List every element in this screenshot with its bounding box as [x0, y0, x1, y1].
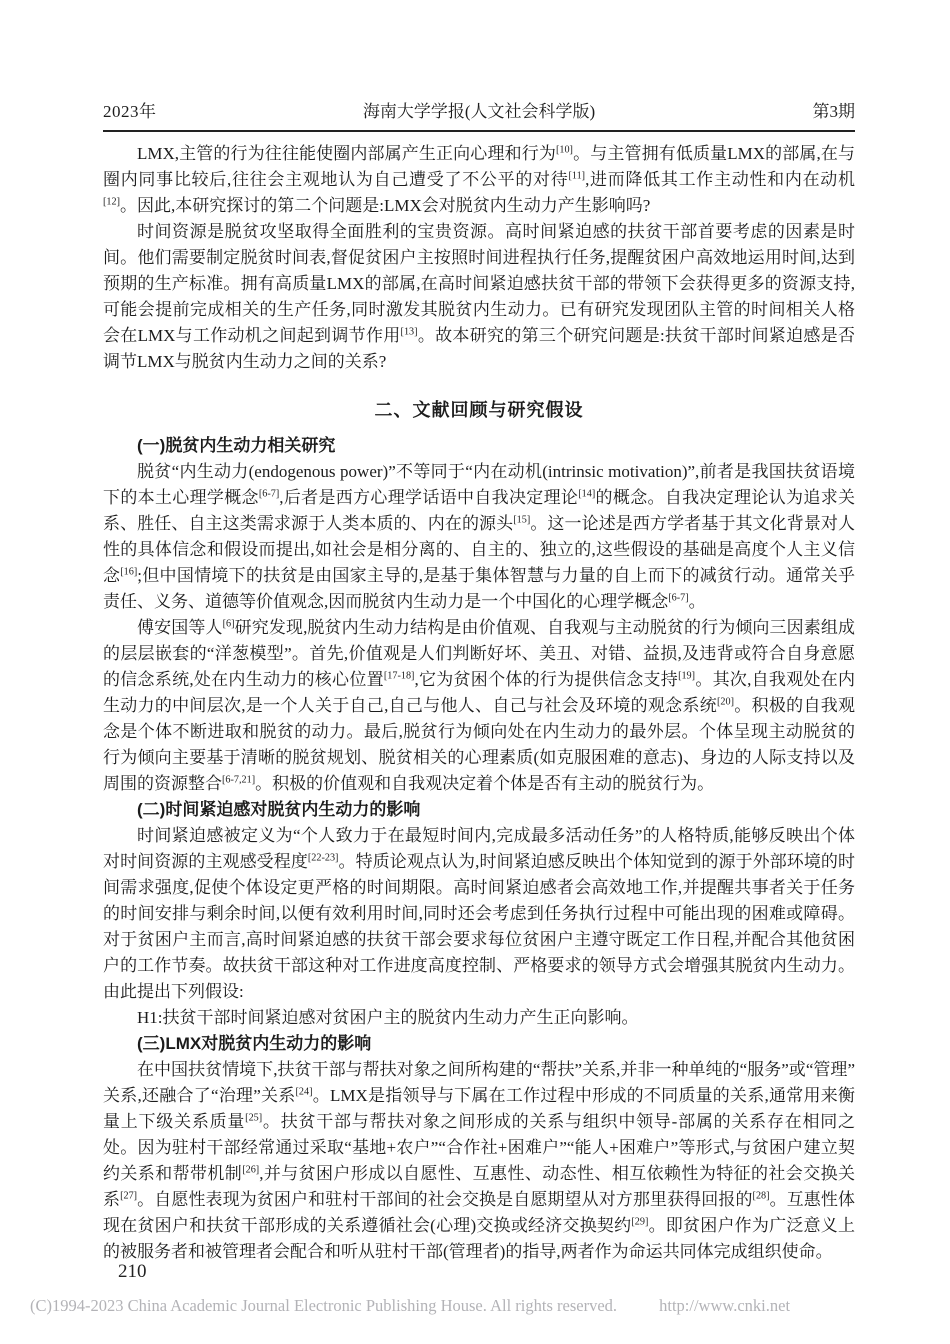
subsection-heading-endogenous-power: (一)脱贫内生动力相关研究	[103, 433, 855, 459]
journal-issue: 第3期	[813, 101, 856, 123]
page-content: 2023年 海南大学学报(人文社会科学版) 第3期 LMX,主管的行为往往能使圈…	[103, 0, 855, 1265]
paragraph-lmx-intro: LMX,主管的行为往往能使圈内部属产生正向心理和行为[10]。与主管拥有低质量L…	[103, 141, 855, 219]
journal-year: 2023年	[103, 101, 157, 123]
section-heading-literature-review: 二、文献回顾与研究假设	[103, 397, 855, 424]
paragraph-lmx-relation: 在中国扶贫情境下,扶贫干部与帮扶对象之间所构建的“帮扶”关系,并非一种单纯的“服…	[103, 1057, 855, 1265]
paragraph-onion-model: 傅安国等人[6]研究发现,脱贫内生动力结构是由价值观、自我观与主动脱贫的行为倾向…	[103, 615, 855, 797]
journal-title: 海南大学学报(人文社会科学版)	[103, 101, 855, 123]
scan-watermark: (C)1994-2023 China Academic Journal Elec…	[30, 1295, 920, 1317]
cnki-url: http://www.cnki.net	[659, 1296, 790, 1315]
subsection-heading-time-urgency: (二)时间紧迫感对脱贫内生动力的影响	[103, 797, 855, 823]
paragraph-time-resource: 时间资源是脱贫攻坚取得全面胜利的宝贵资源。高时间紧迫感的扶贫干部首要考虑的因素是…	[103, 219, 855, 375]
subsection-heading-lmx-influence: (三)LMX对脱贫内生动力的影响	[103, 1031, 855, 1057]
page-number: 210	[118, 1260, 147, 1284]
article-body: LMX,主管的行为往往能使圈内部属产生正向心理和行为[10]。与主管拥有低质量L…	[103, 141, 855, 1265]
journal-page: { "header": { "year": "2023年", "journal"…	[0, 0, 950, 1344]
paragraph-endogenous-concept: 脱贫“内生动力(endogenous power)”不等同于“内在动机(intr…	[103, 459, 855, 615]
paragraph-time-urgency: 时间紧迫感被定义为“个人致力于在最短时间内,完成最多活动任务”的人格特质,能够反…	[103, 823, 855, 1005]
copyright-notice: (C)1994-2023 China Academic Journal Elec…	[30, 1296, 617, 1315]
hypothesis-h1: H1:扶贫干部时间紧迫感对贫困户主的脱贫内生动力产生正向影响。	[103, 1005, 855, 1031]
journal-header: 2023年 海南大学学报(人文社会科学版) 第3期	[103, 0, 855, 132]
